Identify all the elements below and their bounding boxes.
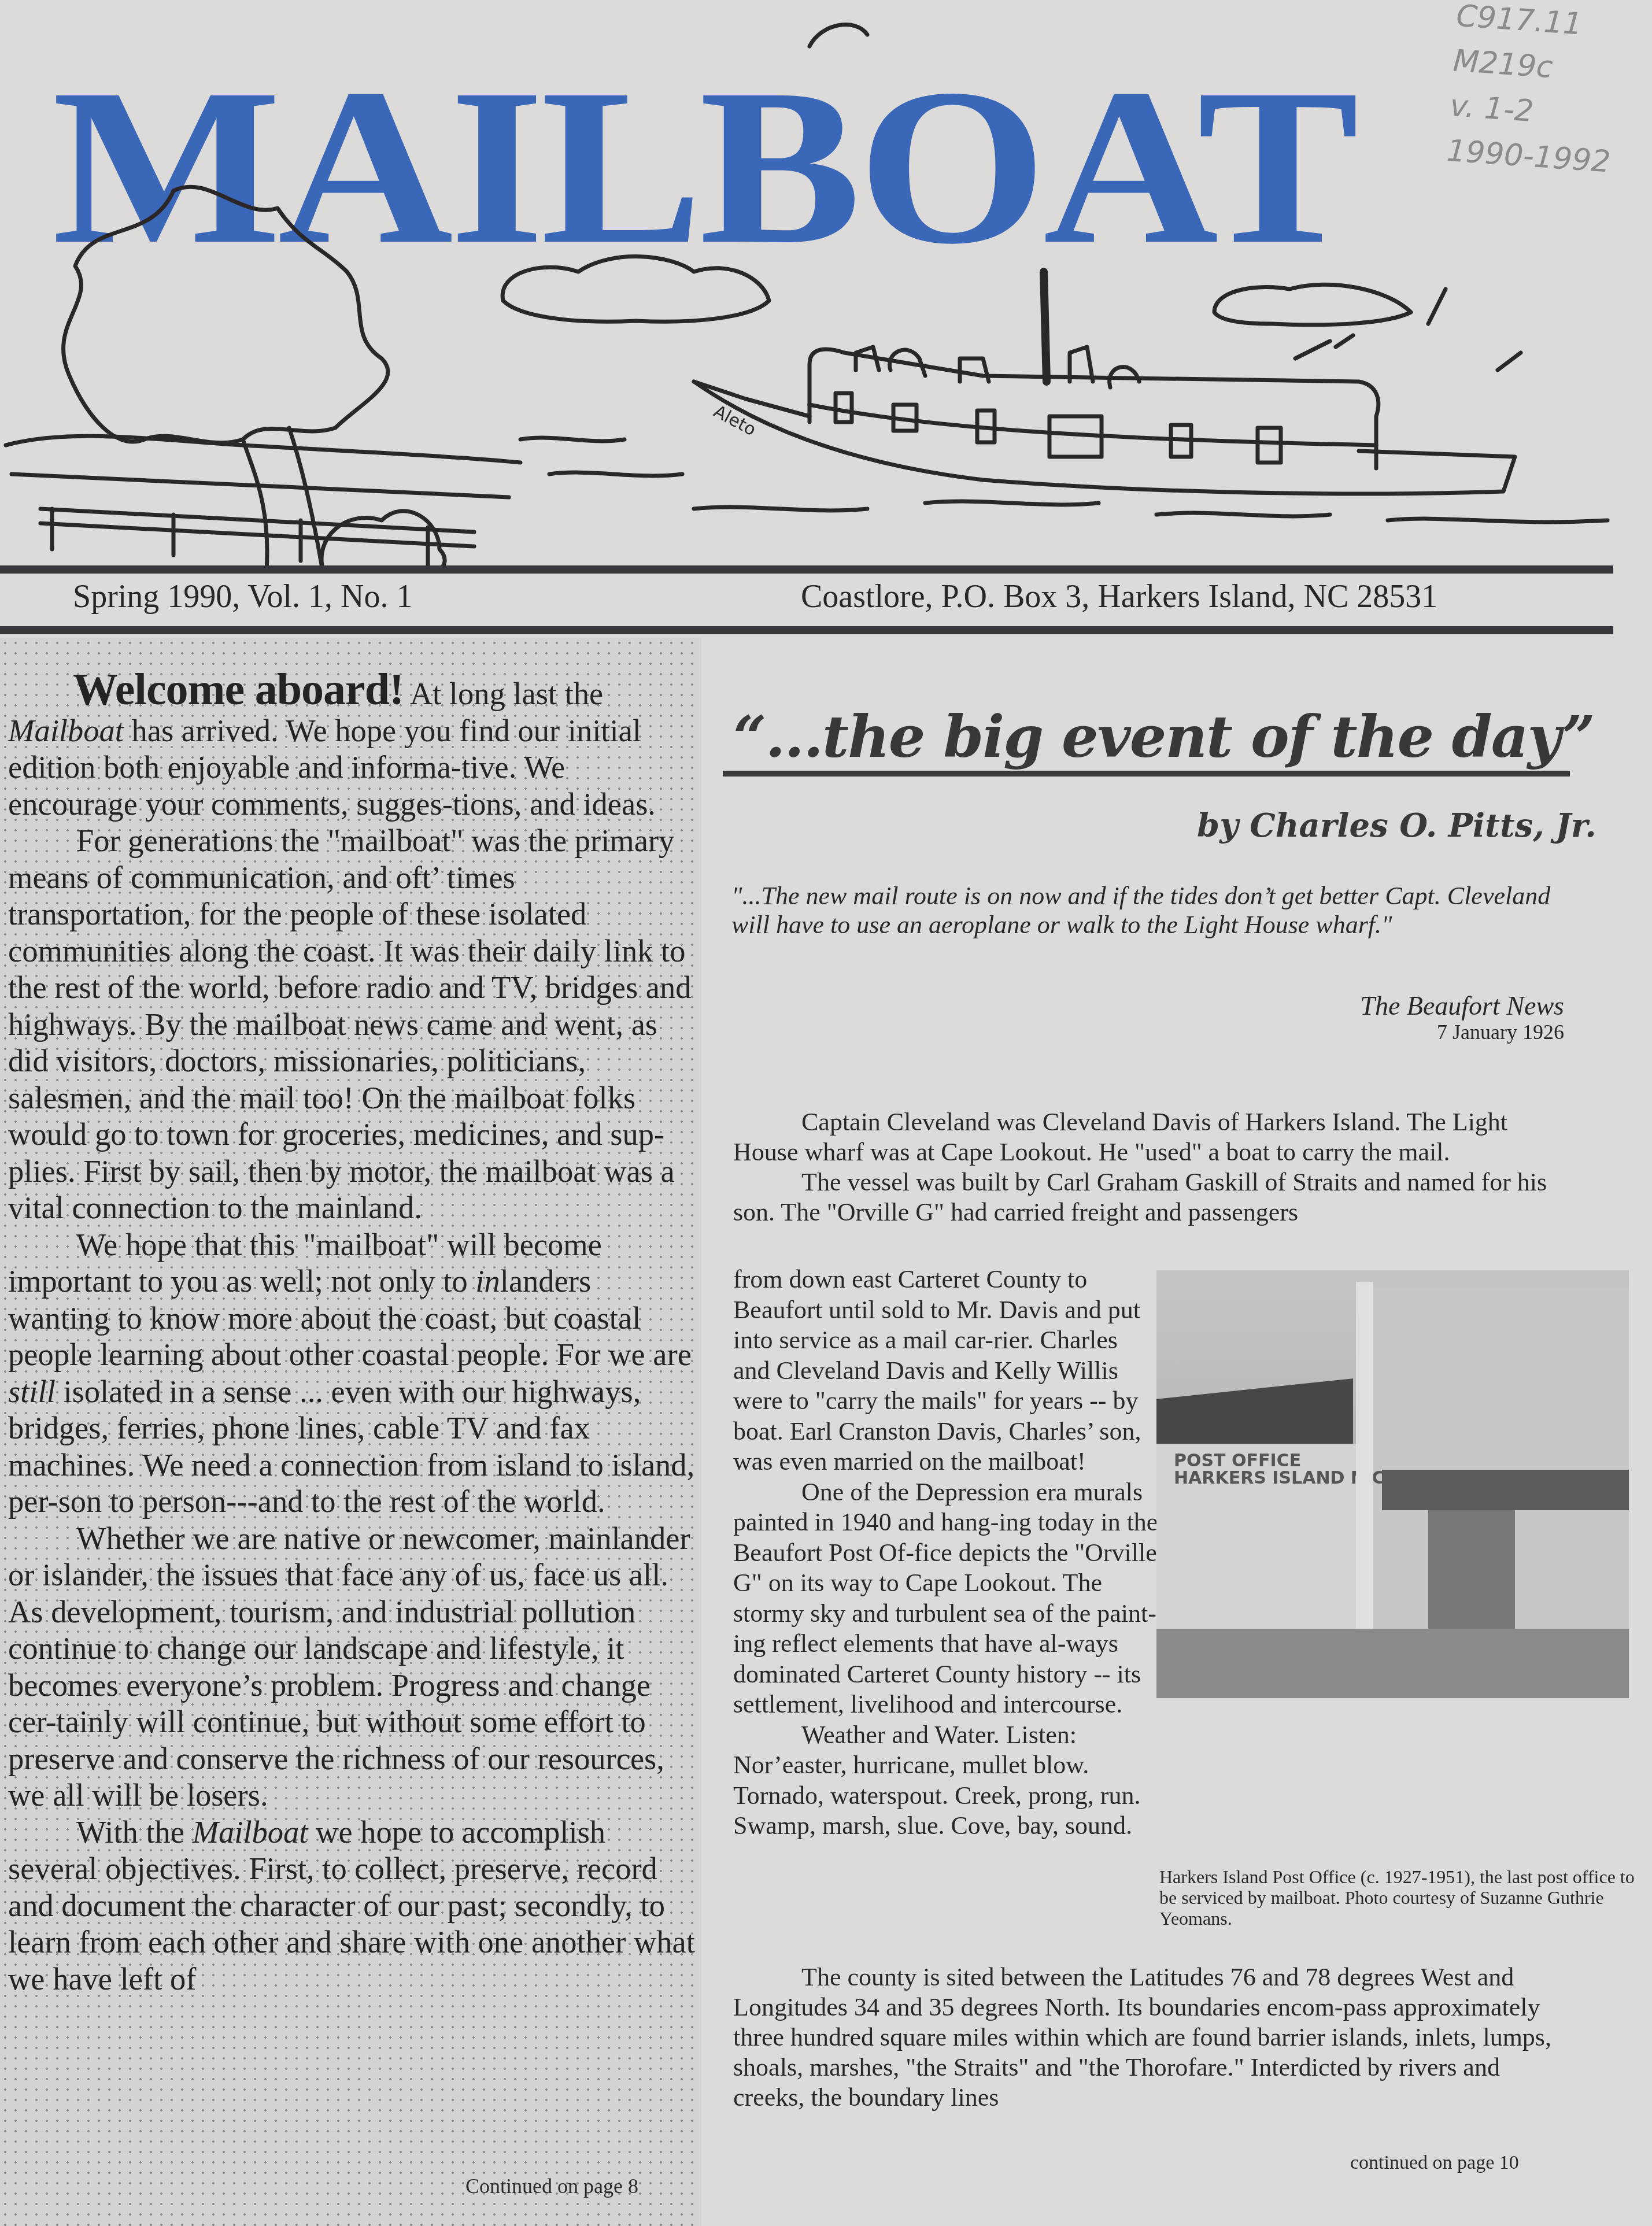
welcome-paragraph: Welcome aboard! At long last the Mailboa… xyxy=(8,671,696,822)
article-paragraph: The vessel was built by Carl Graham Gask… xyxy=(733,1167,1554,1227)
bottom-rule xyxy=(0,626,1613,634)
photo-ground xyxy=(1156,1629,1629,1698)
photo-corner xyxy=(1356,1282,1373,1652)
photo-porch xyxy=(1382,1470,1629,1510)
sign-line: HARKERS ISLAND N.C xyxy=(1174,1470,1384,1487)
epigraph-source: The Beaufort News xyxy=(1214,990,1564,1022)
issue-info: Spring 1990, Vol. 1, No. 1 xyxy=(73,578,413,615)
article-body-bottom: The county is sited between the Latitude… xyxy=(733,1962,1554,2113)
continued-on-page-10: continued on page 10 xyxy=(1350,2152,1519,2174)
welcome-paragraph: For generations the "mailboat" was the p… xyxy=(8,822,696,1226)
sign-line: POST OFFICE xyxy=(1174,1452,1384,1470)
welcome-paragraph: Whether we are native or newcomer, mainl… xyxy=(8,1520,696,1814)
masthead-illustration-icon: Aleto xyxy=(0,0,1652,572)
welcome-paragraph: We hope that this "mailboat" will become… xyxy=(8,1226,696,1520)
article-paragraph: The county is sited between the Latitude… xyxy=(733,1962,1554,2113)
headline-rule xyxy=(723,771,1570,776)
issue-bar: Spring 1990, Vol. 1, No. 1 Coastlore, P.… xyxy=(0,572,1613,633)
article-byline: by Charles O. Pitts, Jr. xyxy=(1197,807,1573,845)
article-headline: “...the big event of the day” xyxy=(733,702,1594,771)
epigraph-quote: "...The new mail route is on now and if … xyxy=(731,882,1553,940)
epigraph-date: 7 January 1926 xyxy=(1214,1020,1564,1044)
library-catalog-notes: C917.11 M219c v. 1-2 1990-1992 xyxy=(1446,0,1652,187)
welcome-article: Welcome aboard! At long last the Mailboa… xyxy=(8,671,696,1997)
continued-on-page-8: Continued on page 8 xyxy=(465,2174,638,2198)
article-body-narrow: from down east Carteret County to Beaufo… xyxy=(733,1264,1158,1842)
article-paragraph: One of the Depression era murals painted… xyxy=(733,1477,1158,1720)
post-office-photo: POST OFFICE HARKERS ISLAND N.C xyxy=(1156,1270,1629,1698)
photo-caption: Harkers Island Post Office (c. 1927-1951… xyxy=(1159,1866,1639,1929)
masthead: MAILBOAT xyxy=(0,0,1652,572)
publisher-address: Coastlore, P.O. Box 3, Harkers Island, N… xyxy=(801,578,1437,615)
article-paragraph: Captain Cleveland was Cleveland Davis of… xyxy=(733,1107,1554,1167)
article-paragraph: Weather and Water. Listen: Nor’easter, h… xyxy=(733,1720,1158,1842)
photo-sign: POST OFFICE HARKERS ISLAND N.C xyxy=(1174,1452,1384,1487)
welcome-lead: Welcome aboard! xyxy=(73,664,404,714)
welcome-paragraph: With the Mailboat we hope to accomplish … xyxy=(8,1814,696,1998)
article-paragraph: from down east Carteret County to Beaufo… xyxy=(733,1264,1158,1477)
article-body-top: Captain Cleveland was Cleveland Davis of… xyxy=(733,1107,1554,1227)
